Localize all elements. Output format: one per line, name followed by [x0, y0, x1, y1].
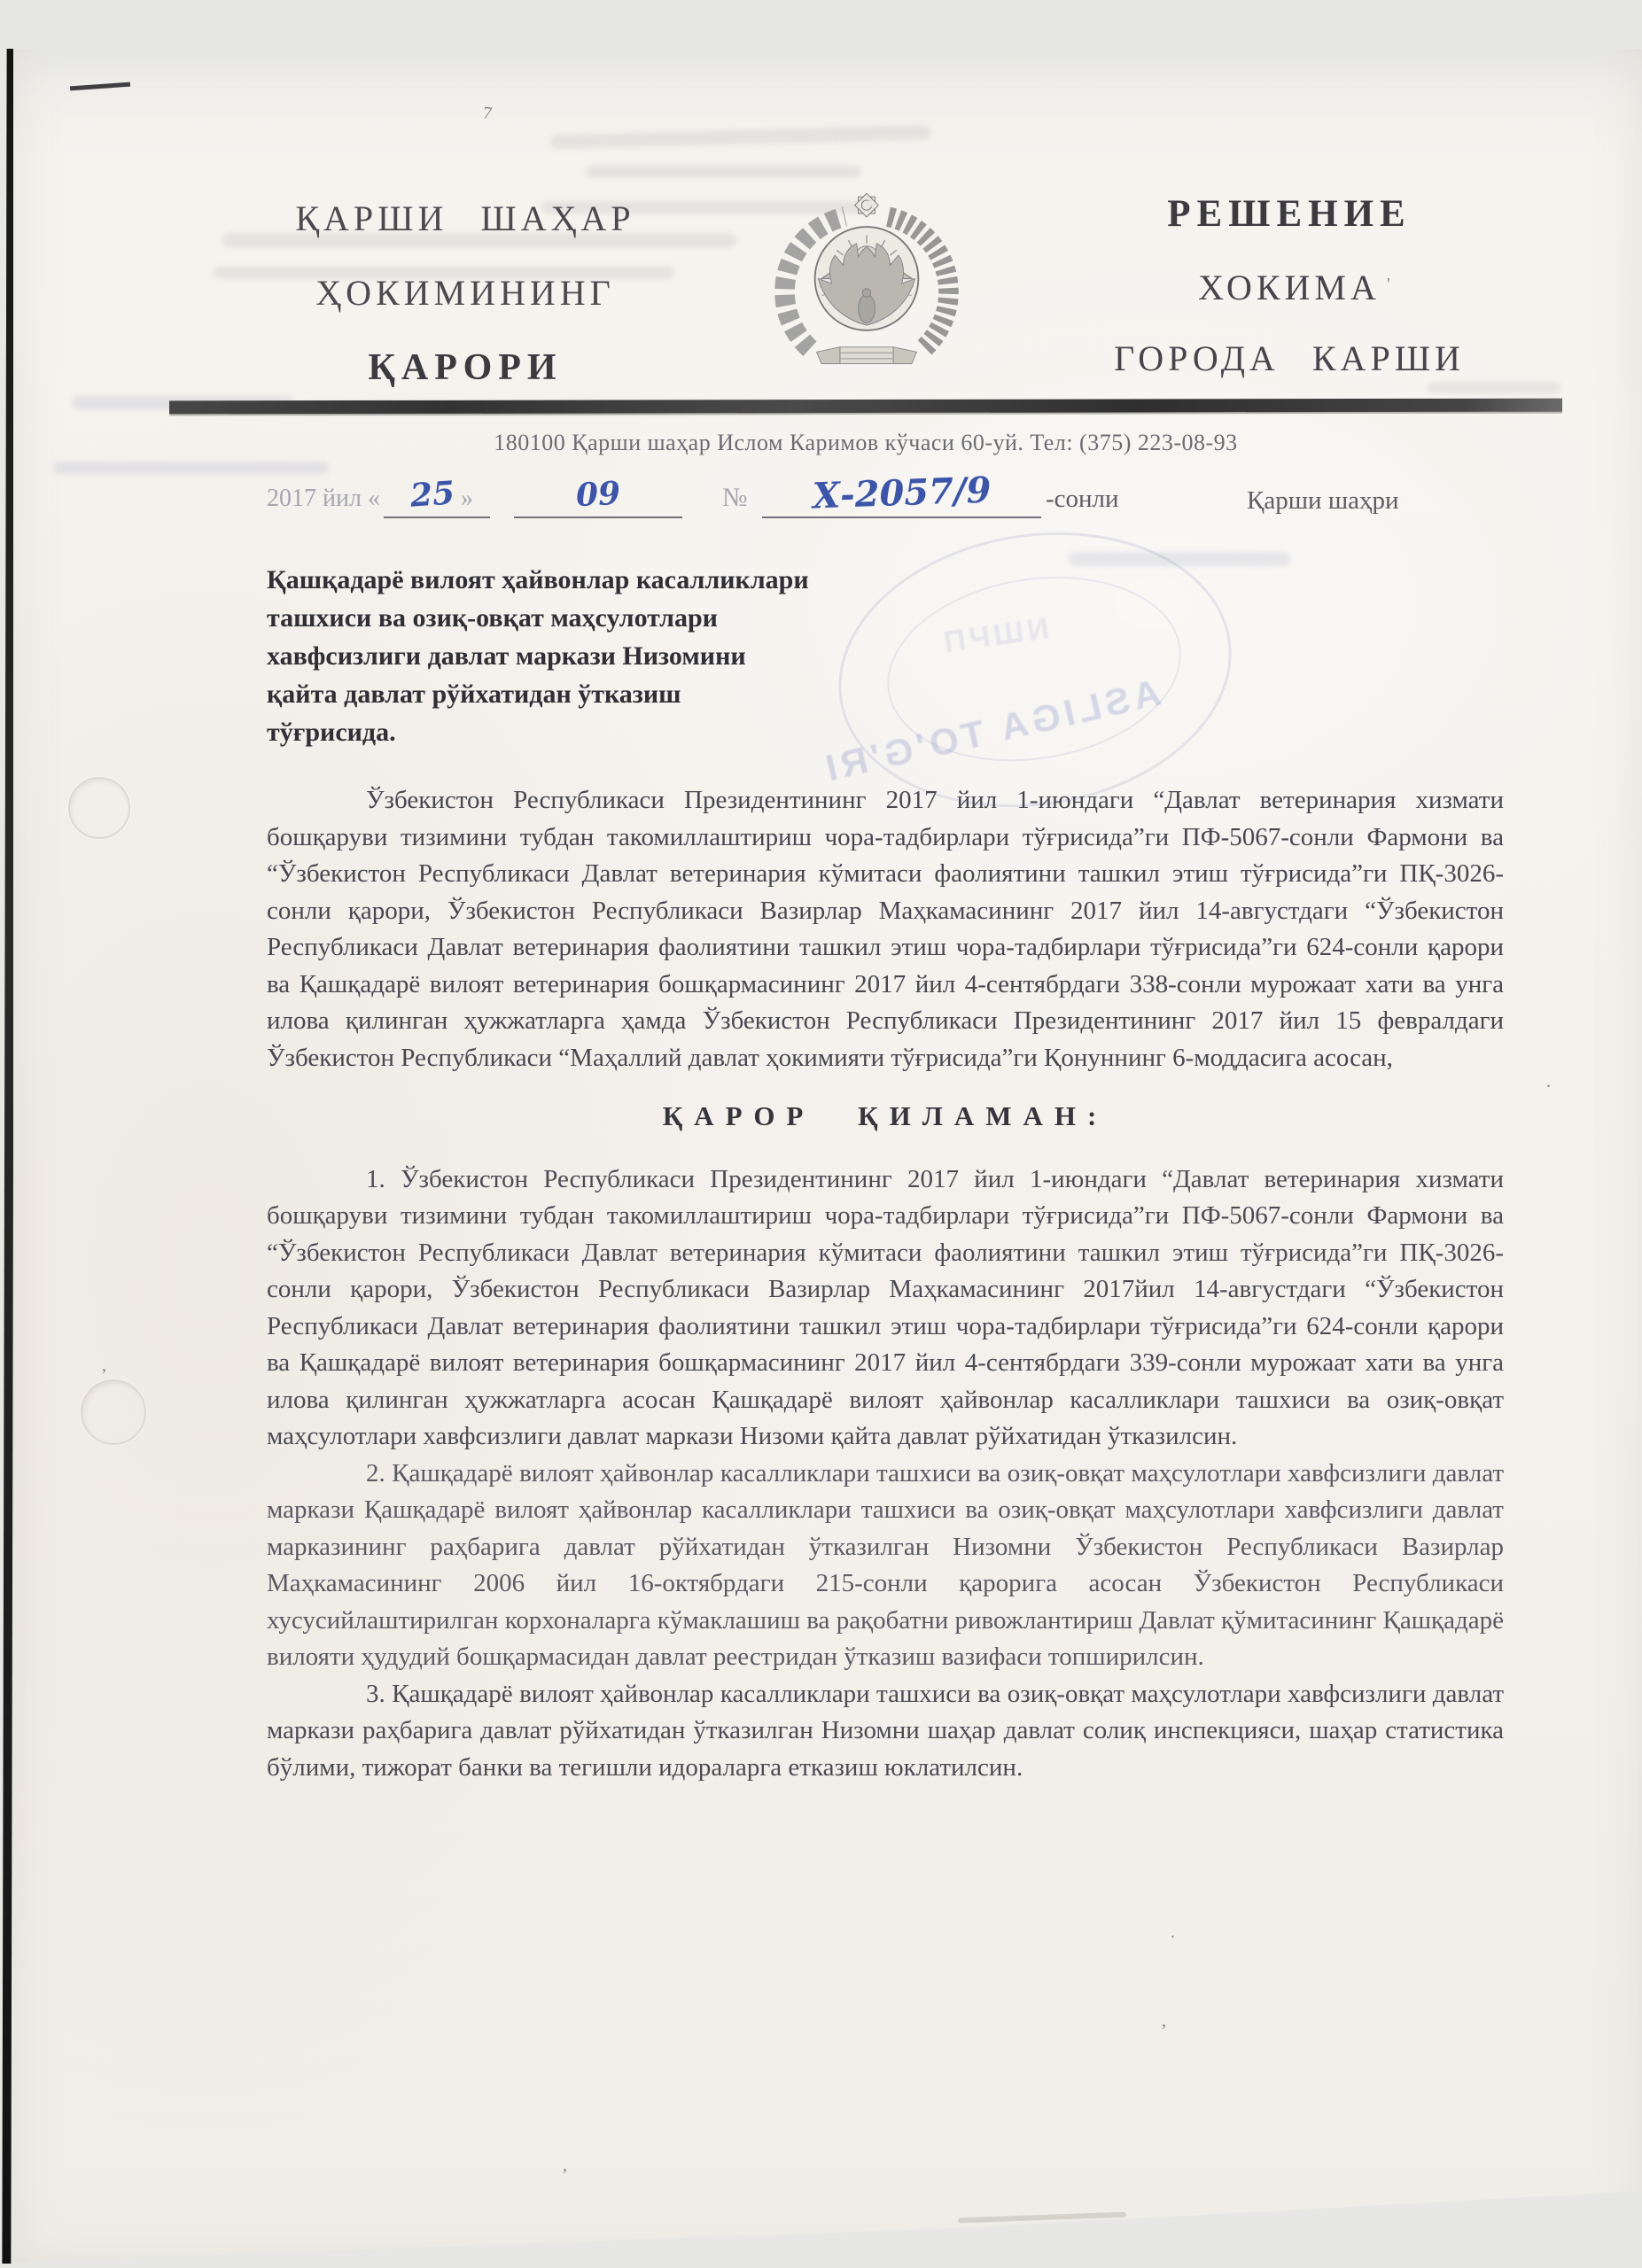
ink-speck: '	[1387, 275, 1390, 295]
preamble-paragraph: Ўзбекистон Республикаси Президентининг 2…	[267, 782, 1504, 1076]
pen-dash-mark	[70, 82, 130, 91]
hole-punch-mark	[68, 777, 130, 839]
bleedthrough-smudge	[1069, 552, 1290, 566]
number-handwritten: Х-2057/9	[812, 469, 992, 517]
paper-edge-tear	[958, 2212, 1126, 2224]
number-suffix: -сонли	[1046, 485, 1119, 514]
org-name-ru-line1: РЕШЕНИЕ	[1059, 192, 1520, 236]
subject-line: хавфсизлиги давлат маркази Низомини	[267, 637, 940, 675]
uzbekistan-state-emblem	[767, 182, 967, 389]
org-name-uz-line3: ҚАРОРИ	[261, 346, 669, 389]
number-underline: Х-2057/9	[762, 472, 1041, 518]
address-line: 180100 Қарши шаҳар Ислом Каримов кўчаси …	[169, 430, 1562, 456]
decree-item-2: 2. Қашқадарё вилоят ҳайвонлар касалликла…	[267, 1456, 1504, 1676]
decree-body: Ўзбекистон Республикаси Президентининг 2…	[267, 782, 1504, 1786]
number-label: №	[722, 483, 748, 513]
decree-subject: Қашқадарё вилоят ҳайвонлар касалликлари …	[267, 561, 940, 751]
stamp-inner-text: ПЧШИ	[942, 611, 1054, 661]
date-month-handwritten: 09	[575, 475, 621, 515]
header-separator-rule	[169, 399, 1562, 415]
ink-speck: '	[1139, 1400, 1142, 1420]
scanned-document-page: ҚАРШИ ШАҲАР ҲОКИМИНИНГ ҚАРОРИ	[0, 0, 1642, 2268]
org-name-ru-line2: ХОКИМА	[1059, 267, 1520, 308]
emblem-graphic	[767, 182, 967, 389]
bleedthrough-smudge	[1428, 382, 1560, 393]
date-day-underline	[384, 476, 490, 518]
ink-speck: ,	[102, 1355, 106, 1376]
place-name: Қарши шаҳри	[1247, 486, 1399, 516]
org-name-uz-line2: ҲОКИМИНИНГ	[261, 272, 669, 314]
ink-speck: ,	[563, 2155, 567, 2176]
org-name-uz-line1: ҚАРШИ ШАҲАР	[261, 198, 669, 239]
document-paper: ҚАРШИ ШАҲАР ҲОКИМИНИНГ ҚАРОРИ	[13, 49, 1642, 2268]
date-prefix: 2017 йил «	[267, 485, 380, 513]
date-month-underline: 09	[514, 476, 682, 518]
decree-item-3: 3. Қашқадарё вилоят ҳайвонлар касалликла…	[267, 1676, 1504, 1787]
ink-speck: 7	[481, 103, 493, 124]
bleedthrough-smudge	[586, 166, 860, 178]
subject-line: ташхиси ва озиқ-овқат маҳсулотлари	[267, 599, 940, 637]
bleedthrough-smudge	[550, 125, 931, 149]
subject-line: Қашқадарё вилоят ҳайвонлар касалликлари	[267, 561, 940, 599]
subject-line: тўғрисида.	[267, 713, 940, 751]
subject-line: қайта давлат рўйхатидан ўтказиш	[267, 675, 940, 713]
bleedthrough-smudge	[54, 462, 329, 474]
decree-item-1: 1. Ўзбекистон Республикаси Президентинин…	[267, 1161, 1504, 1456]
ink-speck: .	[1546, 1072, 1551, 1092]
org-name-ru-line3: ГОРОДА КАРШИ	[1059, 338, 1520, 379]
ink-speck: ,	[1162, 2011, 1166, 2031]
hole-punch-mark	[81, 1379, 146, 1445]
ink-speck: .	[1171, 1922, 1175, 1943]
resolution-heading: ҚАРОР ҚИЛАМАН:	[267, 1098, 1504, 1135]
